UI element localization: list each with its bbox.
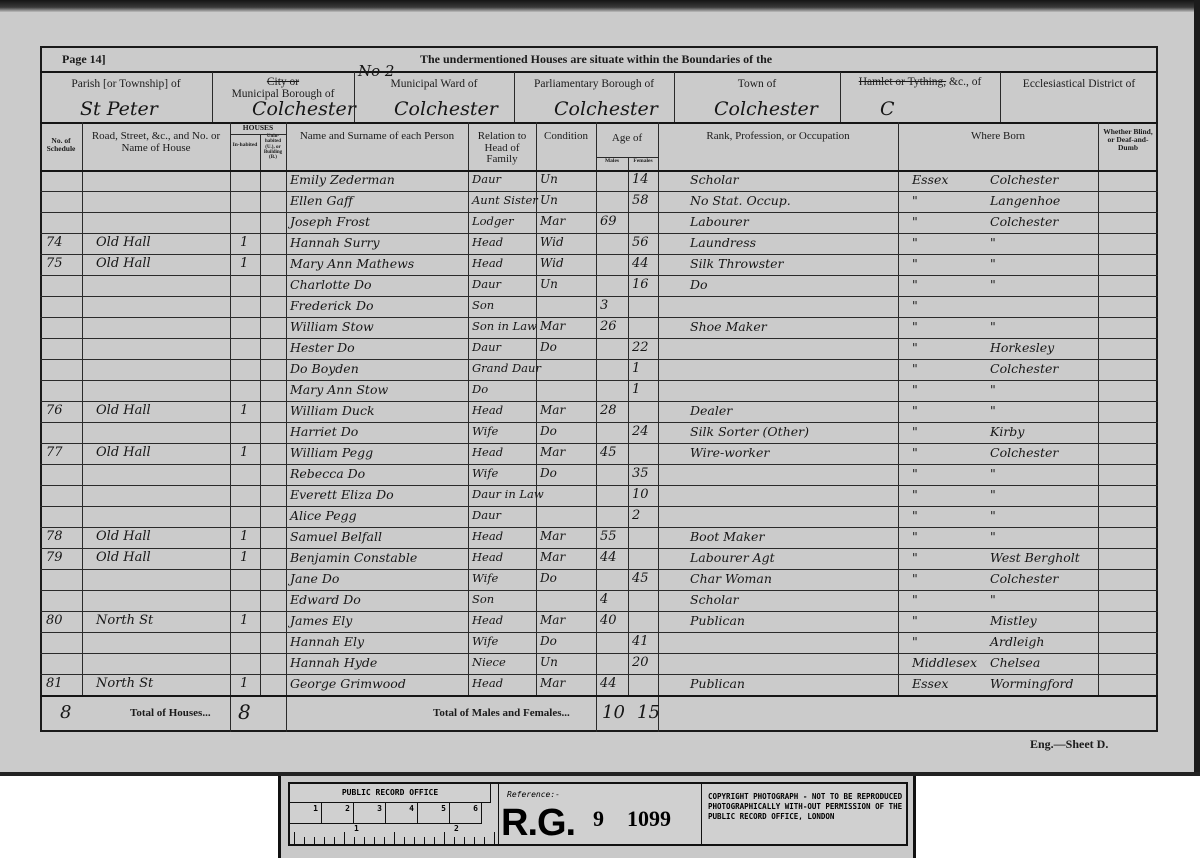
- cell-born-place: Wormingford: [990, 676, 1074, 691]
- total-schedules: 8: [60, 702, 71, 723]
- cell-born-county: ": [912, 508, 918, 523]
- cell-born-county: ": [912, 277, 918, 292]
- column-divider: [1098, 122, 1099, 695]
- cell-relation: Head: [472, 529, 503, 543]
- cell-road: Old Hall: [96, 403, 151, 418]
- cell-schedule: 74: [46, 235, 63, 250]
- cell-inhabited: 1: [240, 529, 248, 544]
- cell-female: 1: [632, 382, 640, 397]
- row-rule: [40, 569, 1158, 570]
- row-rule: [40, 233, 1158, 234]
- cell-born-place: Colchester: [990, 571, 1058, 586]
- cell-born-place: ": [990, 529, 996, 544]
- cell-name: James Ely: [290, 613, 352, 628]
- cell-name: Benjamin Constable: [290, 550, 417, 565]
- cell-schedule: 76: [46, 403, 63, 418]
- cell-female: 35: [632, 466, 649, 481]
- cell-female: 20: [632, 655, 649, 670]
- cell-relation: Head: [472, 235, 503, 249]
- cell-female: 1: [632, 361, 640, 376]
- ruler-tick: [334, 837, 335, 844]
- cell-born-place: Colchester: [990, 172, 1058, 187]
- boundary-value: C: [880, 98, 895, 120]
- ruler-tick: [454, 837, 455, 844]
- cell-name: Mary Ann Stow: [290, 382, 388, 397]
- column-divider: [82, 122, 83, 695]
- cell-condition: Mar: [540, 214, 565, 228]
- cell-name: Do Boyden: [290, 361, 359, 376]
- ruler-tick: [464, 837, 465, 844]
- cell-road: Old Hall: [96, 550, 151, 565]
- boundary-label: City orMunicipal Borough of: [212, 76, 354, 100]
- column-divider: [286, 122, 287, 695]
- cell-condition: Mar: [540, 403, 565, 417]
- public-record-office-label: PUBLIC RECORD OFFICE: [290, 784, 491, 803]
- cell-relation: Daur: [472, 508, 501, 522]
- row-rule: [40, 191, 1158, 192]
- series-code: R.G.: [501, 802, 575, 845]
- cell-born-place: ": [990, 382, 996, 397]
- row-rule: [40, 464, 1158, 465]
- rule: [40, 71, 1158, 73]
- column-divider: [536, 122, 537, 695]
- cell-inhabited: 1: [240, 235, 248, 250]
- struck-label: City or: [267, 76, 299, 88]
- row-rule: [40, 275, 1158, 276]
- cell-born-county: ": [912, 361, 918, 376]
- cell-relation: Son: [472, 592, 494, 606]
- cell-road: North St: [96, 676, 153, 691]
- totals-divider: [286, 695, 287, 732]
- cell-born-place: ": [990, 319, 996, 334]
- cell-born-county: ": [912, 550, 918, 565]
- totals-divider: [230, 695, 231, 732]
- cell-born-county: ": [912, 319, 918, 334]
- cell-name: Mary Ann Mathews: [290, 256, 414, 271]
- reference-label: Reference:-: [507, 790, 560, 799]
- header-relation: Relation to Head of Family: [470, 131, 534, 166]
- row-rule: [40, 527, 1158, 528]
- ruler-number: 5: [418, 802, 450, 824]
- cell-name: Everett Eliza Do: [290, 487, 394, 502]
- boundary-value: Colchester: [714, 98, 818, 120]
- cell-inhabited: 1: [240, 550, 248, 565]
- cell-born-place: Ardleigh: [990, 634, 1044, 649]
- cell-name: Samuel Belfall: [290, 529, 382, 544]
- copyright-notice: COPYRIGHT PHOTOGRAPH - NOT TO BE REPRODU…: [708, 792, 904, 822]
- boundary-value: Colchester: [554, 98, 658, 120]
- cell-name: Frederick Do: [290, 298, 374, 313]
- header-females: Females: [628, 159, 658, 165]
- row-rule: [40, 632, 1158, 633]
- ruler-tick: [304, 837, 305, 844]
- ruler-inch-label: 2: [454, 824, 459, 833]
- cell-name: Hannah Ely: [290, 634, 364, 649]
- reference-box: Reference:- R.G. 9 1099: [498, 784, 702, 844]
- total-females: 15: [637, 702, 660, 723]
- cell-inhabited: 1: [240, 256, 248, 271]
- page-top-edge: [0, 0, 1200, 12]
- cell-occupation: Shoe Maker: [690, 319, 767, 334]
- rule: [230, 134, 286, 135]
- page-label: Page 14]: [62, 52, 106, 67]
- total-persons-label: Total of Males and Females...: [433, 707, 570, 719]
- cell-born-county: ": [912, 445, 918, 460]
- total-houses-label: Total of Houses...: [130, 707, 211, 719]
- cell-occupation: Scholar: [690, 172, 739, 187]
- cell-male: 45: [600, 445, 617, 460]
- cell-occupation: Boot Maker: [690, 529, 764, 544]
- cell-name: William Pegg: [290, 445, 373, 460]
- cell-condition: Do: [540, 424, 557, 438]
- header-blind: Whether Blind, or Deaf-and-Dumb: [1100, 128, 1156, 152]
- row-rule: [40, 443, 1158, 444]
- cell-born-county: ": [912, 487, 918, 502]
- cell-born-county: ": [912, 424, 918, 439]
- cell-born-place: Langenhoe: [990, 193, 1060, 208]
- header-occupation: Rank, Profession, or Occupation: [660, 131, 896, 143]
- cell-male: 69: [600, 214, 617, 229]
- header-schedule: No. of Schedule: [42, 137, 80, 153]
- cell-relation: Head: [472, 676, 503, 690]
- row-rule: [40, 380, 1158, 381]
- row-rule: [40, 317, 1158, 318]
- cell-occupation: Publican: [690, 676, 745, 691]
- cell-born-place: ": [990, 508, 996, 523]
- ruler-tick: [344, 832, 345, 844]
- cell-relation: Daur: [472, 172, 501, 186]
- boundary-label-text: Municipal Ward of: [390, 78, 477, 90]
- cell-born-place: Chelsea: [990, 655, 1040, 670]
- ruler-tick: [494, 832, 495, 844]
- header-age: Age of: [596, 133, 658, 145]
- cell-born-place: ": [990, 592, 996, 607]
- cell-male: 40: [600, 613, 617, 628]
- ruler-number: 2: [322, 802, 354, 824]
- ruler-tick: [294, 832, 295, 844]
- cell-born-place: Colchester: [990, 361, 1058, 376]
- cell-schedule: 77: [46, 445, 63, 460]
- census-page: Page 14] The undermentioned Houses are s…: [0, 0, 1200, 776]
- row-rule: [40, 485, 1158, 486]
- cell-born-county: ": [912, 214, 918, 229]
- cell-condition: Mar: [540, 550, 565, 564]
- cell-female: 45: [632, 571, 649, 586]
- cell-born-place: Colchester: [990, 445, 1058, 460]
- row-rule: [40, 590, 1158, 591]
- cell-condition: Un: [540, 277, 558, 291]
- cell-born-county: ": [912, 634, 918, 649]
- cell-female: 14: [632, 172, 649, 187]
- cell-female: 24: [632, 424, 649, 439]
- folio-number: 1099: [627, 806, 671, 832]
- cell-born-county: ": [912, 256, 918, 271]
- boundary-label-text: &c., of: [949, 76, 981, 88]
- cell-relation: Daur: [472, 340, 501, 354]
- cell-occupation: Wire-worker: [690, 445, 769, 460]
- row-rule: [40, 212, 1158, 213]
- cell-born-place: ": [990, 277, 996, 292]
- cell-name: Ellen Gaff: [290, 193, 353, 208]
- cell-road: North St: [96, 613, 153, 628]
- cell-female: 2: [632, 508, 640, 523]
- ruler-tick: [404, 837, 405, 844]
- cell-relation: Do: [472, 382, 488, 396]
- ruler-tick: [354, 837, 355, 844]
- cell-occupation: Silk Throwster: [690, 256, 784, 271]
- boundary-label: Town of: [674, 78, 840, 90]
- cell-relation: Wife: [472, 424, 498, 438]
- cell-female: 58: [632, 193, 649, 208]
- cell-born-place: ": [990, 256, 996, 271]
- header-condition: Condition: [538, 131, 594, 143]
- cell-condition: Mar: [540, 529, 565, 543]
- rule: [40, 695, 1158, 697]
- boundary-label: Hamlet or Tything, &c., of: [840, 76, 1000, 88]
- cell-born-place: Horkesley: [990, 340, 1054, 355]
- header-males: Males: [596, 159, 628, 165]
- row-rule: [40, 653, 1158, 654]
- cell-name: Edward Do: [290, 592, 361, 607]
- cell-name: Joseph Frost: [290, 214, 370, 229]
- cell-male: 44: [600, 676, 617, 691]
- cell-born-county: ": [912, 193, 918, 208]
- cell-condition: Un: [540, 172, 558, 186]
- boundary-label: Parliamentary Borough of: [514, 78, 674, 90]
- column-divider: [230, 122, 231, 695]
- ward-number: No 2: [358, 62, 394, 80]
- cell-schedule: 79: [46, 550, 63, 565]
- cell-relation: Head: [472, 613, 503, 627]
- reference-strip: PUBLIC RECORD OFFICE 123456 12 Reference…: [278, 776, 916, 858]
- cell-born-county: ": [912, 340, 918, 355]
- ruler-tick: [424, 837, 425, 844]
- cell-female: 22: [632, 340, 649, 355]
- ruler-tick: [384, 837, 385, 844]
- header-inhabited: In-habited: [230, 143, 260, 149]
- cell-name: Rebecca Do: [290, 466, 365, 481]
- ruler-tick: [364, 837, 365, 844]
- cell-condition: Mar: [540, 676, 565, 690]
- header-road: Road, Street, &c., and No. or Name of Ho…: [84, 131, 228, 154]
- cell-name: Harriet Do: [290, 424, 358, 439]
- totals-divider: [596, 695, 597, 732]
- row-rule: [40, 359, 1158, 360]
- rule: [40, 122, 1158, 124]
- cell-born-place: ": [990, 487, 996, 502]
- ruler-tick: [314, 837, 315, 844]
- cell-relation: Daur: [472, 277, 501, 291]
- cell-relation: Head: [472, 403, 503, 417]
- reference-strip-inner: PUBLIC RECORD OFFICE 123456 12 Reference…: [288, 782, 908, 846]
- column-divider: [468, 122, 469, 695]
- cell-relation: Head: [472, 550, 503, 564]
- cell-schedule: 81: [46, 676, 63, 691]
- row-rule: [40, 548, 1158, 549]
- total-males: 10: [602, 702, 625, 723]
- cell-road: Old Hall: [96, 445, 151, 460]
- cell-name: William Duck: [290, 403, 375, 418]
- ruler-tick: [324, 837, 325, 844]
- cell-condition: Wid: [540, 235, 564, 249]
- cell-condition: Wid: [540, 256, 564, 270]
- ruler-tick: [374, 837, 375, 844]
- cell-born-county: Middlesex: [912, 655, 977, 670]
- cell-born-county: Essex: [912, 172, 948, 187]
- cell-inhabited: 1: [240, 613, 248, 628]
- row-rule: [40, 296, 1158, 297]
- ruler-number: 1: [290, 802, 322, 824]
- cell-born-county: ": [912, 235, 918, 250]
- cell-male: 55: [600, 529, 617, 544]
- total-houses-value: 8: [238, 700, 251, 724]
- cell-born-county: ": [912, 382, 918, 397]
- cell-road: Old Hall: [96, 256, 151, 271]
- cell-born-place: Kirby: [990, 424, 1024, 439]
- cell-occupation: Char Woman: [690, 571, 772, 586]
- cell-born-county: ": [912, 592, 918, 607]
- cell-road: Old Hall: [96, 235, 151, 250]
- cell-name: Hester Do: [290, 340, 355, 355]
- ruler-tick: [484, 837, 485, 844]
- cell-inhabited: 1: [240, 676, 248, 691]
- cell-inhabited: 1: [240, 403, 248, 418]
- cell-name: Emily Zederman: [290, 172, 395, 187]
- cell-female: 44: [632, 256, 649, 271]
- rule: [596, 157, 658, 158]
- cell-born-county: ": [912, 403, 918, 418]
- header-name: Name and Surname of each Person: [288, 131, 466, 143]
- cell-relation: Son in Law: [472, 319, 537, 333]
- cell-condition: Mar: [540, 613, 565, 627]
- cell-name: Charlotte Do: [290, 277, 372, 292]
- cell-occupation: Silk Sorter (Other): [690, 424, 809, 439]
- cell-schedule: 75: [46, 256, 63, 271]
- cell-schedule: 78: [46, 529, 63, 544]
- row-rule: [40, 506, 1158, 507]
- boundary-value: Colchester: [252, 98, 356, 120]
- cell-condition: Un: [540, 655, 558, 669]
- ruler-tick: [444, 832, 445, 844]
- cell-relation: Aunt Sister: [472, 193, 538, 207]
- column-divider: [628, 157, 629, 695]
- ruler-number: 4: [386, 802, 418, 824]
- boundary-value: Colchester: [394, 98, 498, 120]
- boundary-label-text: Town of: [738, 78, 776, 90]
- ruler-tick: [474, 837, 475, 844]
- cell-female: 16: [632, 277, 649, 292]
- cell-relation: Wife: [472, 634, 498, 648]
- cell-born-county: Essex: [912, 676, 948, 691]
- cell-relation: Head: [472, 256, 503, 270]
- ruler-tick: [414, 837, 415, 844]
- cell-male: 44: [600, 550, 617, 565]
- row-rule: [40, 422, 1158, 423]
- cell-female: 10: [632, 487, 649, 502]
- cell-relation: Head: [472, 445, 503, 459]
- cell-relation: Wife: [472, 571, 498, 585]
- cell-male: 3: [600, 298, 608, 313]
- cell-born-county: ": [912, 571, 918, 586]
- cell-occupation: Labourer Agt: [690, 550, 775, 565]
- cell-born-place: West Bergholt: [990, 550, 1080, 565]
- cell-relation: Wife: [472, 466, 498, 480]
- ruler-tick: [394, 832, 395, 844]
- cell-relation: Grand Daur: [472, 361, 541, 375]
- cell-name: George Grimwood: [290, 676, 406, 691]
- cell-name: William Stow: [290, 319, 374, 334]
- ruler-number: 6: [450, 802, 482, 824]
- cell-name: Hannah Surry: [290, 235, 380, 250]
- piece-number: 9: [593, 806, 604, 832]
- ruler-scale: 12: [290, 824, 500, 844]
- cell-female: 41: [632, 634, 649, 649]
- header-uninhabited: Unin-habited (U.), or Building (B.): [260, 134, 286, 160]
- cell-condition: Do: [540, 571, 557, 585]
- cell-condition: Do: [540, 466, 557, 480]
- cell-name: Alice Pegg: [290, 508, 357, 523]
- cell-occupation: Do: [690, 277, 708, 292]
- struck-label: Hamlet or Tything,: [859, 76, 946, 88]
- cell-relation: Niece: [472, 655, 506, 669]
- cell-occupation: Scholar: [690, 592, 739, 607]
- cell-born-county: ": [912, 613, 918, 628]
- cell-female: 56: [632, 235, 649, 250]
- cell-name: Jane Do: [290, 571, 339, 586]
- cell-road: Old Hall: [96, 529, 151, 544]
- boundary-label-text: Parliamentary Borough of: [534, 78, 654, 90]
- cell-occupation: No Stat. Occup.: [690, 193, 791, 208]
- boundary-value: St Peter: [80, 98, 158, 120]
- header-born: Where Born: [900, 131, 1096, 143]
- cell-male: 4: [600, 592, 608, 607]
- boundary-label-text: Ecclesiastical District of: [1023, 78, 1135, 90]
- page-right-edge: [1194, 0, 1200, 776]
- cell-occupation: Labourer: [690, 214, 749, 229]
- cell-born-place: Colchester: [990, 214, 1058, 229]
- form-title: The undermentioned Houses are situate wi…: [420, 52, 772, 67]
- cell-schedule: 80: [46, 613, 63, 628]
- sheet-note: Eng.—Sheet D.: [1030, 737, 1108, 752]
- cell-born-place: Mistley: [990, 613, 1037, 628]
- ruler-tick: [434, 837, 435, 844]
- row-rule: [40, 611, 1158, 612]
- cell-born-county: ": [912, 298, 918, 313]
- boundary-label-text: Parish [or Township] of: [71, 78, 180, 90]
- cell-occupation: Dealer: [690, 403, 732, 418]
- cell-condition: Un: [540, 193, 558, 207]
- cell-male: 26: [600, 319, 617, 334]
- cell-born-place: ": [990, 403, 996, 418]
- row-rule: [40, 401, 1158, 402]
- cell-born-place: ": [990, 235, 996, 250]
- row-rule: [40, 254, 1158, 255]
- cell-name: Hannah Hyde: [290, 655, 377, 670]
- cell-condition: Do: [540, 634, 557, 648]
- column-divider: [898, 122, 899, 695]
- cell-born-county: ": [912, 466, 918, 481]
- row-rule: [40, 674, 1158, 675]
- column-divider: [596, 122, 597, 695]
- cell-inhabited: 1: [240, 445, 248, 460]
- cell-relation: Son: [472, 298, 494, 312]
- boundary-label: Parish [or Township] of: [40, 78, 212, 90]
- cell-relation: Lodger: [472, 214, 514, 228]
- cell-condition: Mar: [540, 445, 565, 459]
- cell-condition: Mar: [540, 319, 565, 333]
- ruler-number: 3: [354, 802, 386, 824]
- boundary-label: Ecclesiastical District of: [1000, 78, 1158, 90]
